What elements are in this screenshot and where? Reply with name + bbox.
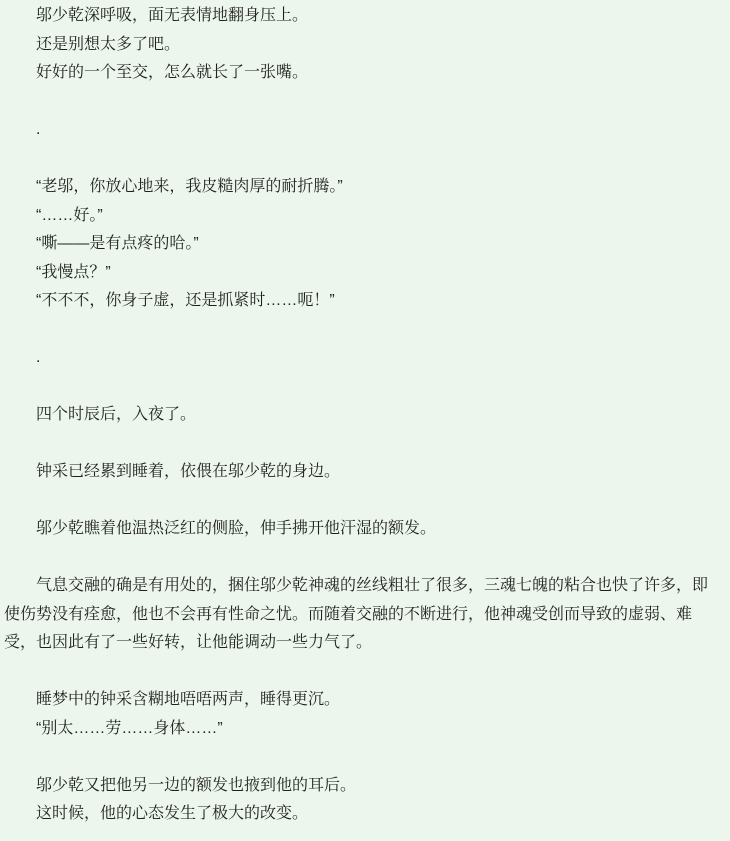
blank-line xyxy=(4,316,716,345)
paragraph-line: 邬少乾深呼吸，面无表情地翻身压上。 xyxy=(4,2,716,31)
blank-line xyxy=(4,487,716,516)
dialogue-line: “别太……劳……身体……” xyxy=(4,715,716,744)
paragraph-line: 钟采已经累到睡着，依偎在邬少乾的身边。 xyxy=(4,458,716,487)
blank-line xyxy=(4,743,716,772)
paragraph-line: 邬少乾瞧着他温热泛红的侧脸，伸手拂开他汗湿的额发。 xyxy=(4,515,716,544)
paragraph-line: 好好的一个至交，怎么就长了一张嘴。 xyxy=(4,59,716,88)
novel-reader-page: 邬少乾深呼吸，面无表情地翻身压上。还是别想太多了吧。好好的一个至交，怎么就长了一… xyxy=(0,0,730,841)
separator-dot: . xyxy=(4,116,716,145)
dialogue-line: “不不不，你身子虚，还是抓紧时……呃！” xyxy=(4,287,716,316)
dialogue-line: “……好。” xyxy=(4,202,716,231)
separator-dot: . xyxy=(4,344,716,373)
blank-line xyxy=(4,145,716,174)
paragraph-line: 邬少乾又把他另一边的额发也掖到他的耳后。 xyxy=(4,772,716,801)
dialogue-line: “嘶——是有点疼的哈。” xyxy=(4,230,716,259)
dialogue-line: “老邬，你放心地来，我皮糙肉厚的耐折腾。” xyxy=(4,173,716,202)
paragraph-line: 还是别想太多了吧。 xyxy=(4,31,716,60)
paragraph-line: 这时候，他的心态发生了极大的改变。 xyxy=(4,800,716,829)
blank-line xyxy=(4,430,716,459)
paragraph-line: 睡梦中的钟采含糊地唔唔两声，睡得更沉。 xyxy=(4,686,716,715)
paragraph-line: 四个时辰后，入夜了。 xyxy=(4,401,716,430)
blank-line xyxy=(4,544,716,573)
blank-line xyxy=(4,658,716,687)
blank-line xyxy=(4,373,716,402)
novel-content: 邬少乾深呼吸，面无表情地翻身压上。还是别想太多了吧。好好的一个至交，怎么就长了一… xyxy=(4,2,716,829)
dialogue-line: “我慢点？” xyxy=(4,259,716,288)
paragraph-line: 气息交融的确是有用处的，捆住邬少乾神魂的丝线粗壮了很多，三魂七魄的粘合也快了许多… xyxy=(4,572,716,658)
blank-line xyxy=(4,88,716,117)
